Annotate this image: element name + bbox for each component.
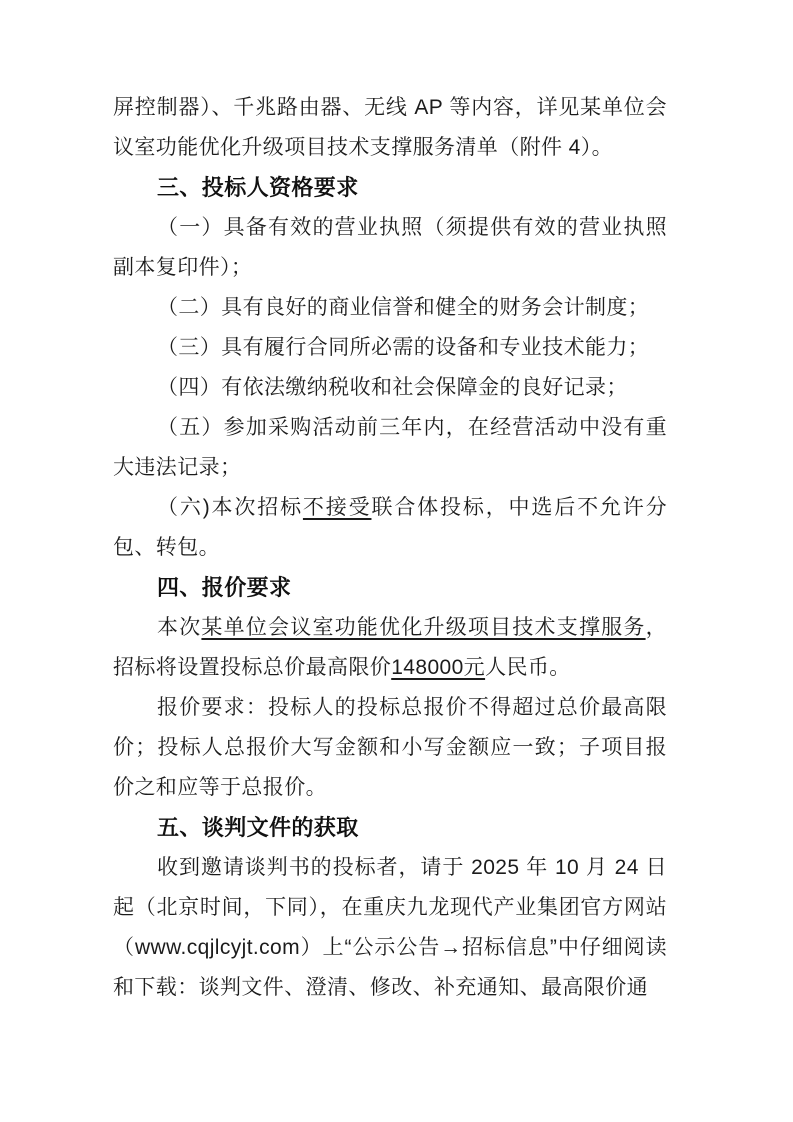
quote-requirements-paragraph: 报价要求：投标人的投标总报价不得超过总价最高限价；投标人总报价大写金额和小写金额… — [113, 688, 667, 808]
section5-heading: 五、谈判文件的获取 — [113, 808, 667, 848]
heading-text: 五、谈判文件的获取 — [157, 815, 359, 840]
price-amount-underlined-text: 148000元 — [391, 656, 485, 679]
paragraph-text: （六)本次招标 — [157, 496, 303, 519]
paragraph-text: （二）具有良好的商业信誉和健全的财务会计制度； — [157, 296, 649, 319]
section3-heading: 三、投标人资格要求 — [113, 168, 667, 208]
heading-text: 三、投标人资格要求 — [157, 175, 359, 200]
paragraph-text: 报价要求：投标人的投标总报价不得超过总价最高限价；投标人总报价大写金额和小写金额… — [113, 696, 667, 799]
heading-text: 四、报价要求 — [157, 575, 291, 600]
price-limit-paragraph: 本次某单位会议室功能优化升级项目技术支撑服务，招标将设置投标总价最高限价1480… — [113, 608, 667, 688]
paragraph-text: （五）参加采购活动前三年内，在经营活动中没有重大违法记录； — [113, 416, 667, 479]
document-obtain-paragraph: 收到邀请谈判书的投标者，请于 2025 年 10 月 24 日起（北京时间，下同… — [113, 848, 667, 1008]
project-name-underlined-text: 某单位会议室功能优化升级项目技术支撑服务 — [201, 616, 645, 639]
paragraph-text: （一）具备有效的营业执照（须提供有效的营业执照副本复印件）； — [113, 216, 667, 279]
paragraph-text: 屏控制器）、千兆路由器、无线 AP 等内容，详见某单位会议室功能优化升级项目技术… — [113, 96, 667, 159]
paragraph-scope-continuation: 屏控制器）、千兆路由器、无线 AP 等内容，详见某单位会议室功能优化升级项目技术… — [113, 88, 667, 168]
document-page: 屏控制器）、千兆路由器、无线 AP 等内容，详见某单位会议室功能优化升级项目技术… — [0, 0, 793, 1122]
paragraph-text: 人民币。 — [485, 656, 571, 679]
qualification-item-4: （四）有依法缴纳税收和社会保障金的良好记录； — [113, 368, 667, 408]
qualification-item-1: （一）具备有效的营业执照（须提供有效的营业执照副本复印件）； — [113, 208, 667, 288]
section4-heading: 四、报价要求 — [113, 568, 667, 608]
document-content: 屏控制器）、千兆路由器、无线 AP 等内容，详见某单位会议室功能优化升级项目技术… — [113, 88, 667, 1008]
paragraph-text: （三）具有履行合同所必需的设备和专业技术能力； — [157, 336, 649, 359]
no-consortium-underlined-text: 不接受 — [303, 496, 372, 519]
qualification-item-5: （五）参加采购活动前三年内，在经营活动中没有重大违法记录； — [113, 408, 667, 488]
paragraph-text: 收到邀请谈判书的投标者，请于 2025 年 10 月 24 日起（北京时间，下同… — [113, 856, 667, 999]
qualification-item-2: （二）具有良好的商业信誉和健全的财务会计制度； — [113, 288, 667, 328]
paragraph-text: 本次 — [157, 616, 201, 639]
qualification-item-6: （六)本次招标不接受联合体投标，中选后不允许分包、转包。 — [113, 488, 667, 568]
paragraph-text: （四）有依法缴纳税收和社会保障金的良好记录； — [157, 376, 628, 399]
qualification-item-3: （三）具有履行合同所必需的设备和专业技术能力； — [113, 328, 667, 368]
